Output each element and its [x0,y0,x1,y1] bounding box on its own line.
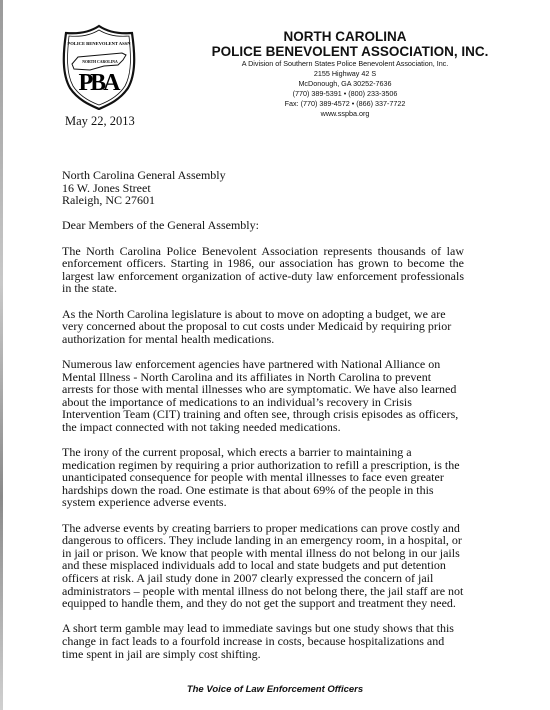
paragraph: Numerous law enforcement agencies have p… [62,358,464,434]
footer-tagline: The Voice of Law Enforcement Officers [0,684,550,695]
paragraph: The adverse events by creating barriers … [62,522,464,610]
recipient-city: Raleigh, NC 27601 [62,194,464,207]
scan-edge [0,0,3,710]
letter-body: North Carolina General Assembly 16 W. Jo… [62,169,464,673]
logo-state-text: NORTH CAROLINA [82,60,118,64]
paragraph: The irony of the current proposal, which… [62,446,464,509]
recipient-name: North Carolina General Assembly [62,169,464,182]
paragraph: A short term gamble may lead to immediat… [62,622,464,660]
letter-page: POLICE BENEVOLENT ASSN NORTH CAROLINA PB… [0,0,550,710]
letter-date: May 22, 2013 [65,114,135,129]
org-street: 2155 Highway 42 S [195,69,495,79]
org-city: McDonough, GA 30252-7636 [195,79,495,89]
letterhead: NORTH CAROLINA POLICE BENEVOLENT ASSOCIA… [195,30,495,119]
org-title-line2: POLICE BENEVOLENT ASSOCIATION, INC. [165,44,535,59]
org-website: www.sspba.org [195,109,495,119]
salutation: Dear Members of the General Assembly: [62,219,464,232]
org-phone: (770) 389-5391 • (800) 233-3506 [195,89,495,99]
logo-top-text: POLICE BENEVOLENT ASSN [67,41,131,46]
pba-badge-logo: POLICE BENEVOLENT ASSN NORTH CAROLINA PB… [60,24,138,110]
recipient-address: North Carolina General Assembly 16 W. Jo… [62,169,464,207]
logo-initials: PBA [79,70,122,96]
paragraph: As the North Carolina legislature is abo… [62,308,464,346]
paragraph: The North Carolina Police Benevolent Ass… [62,245,464,295]
org-fax: Fax: (770) 389-4572 • (866) 337-7722 [195,99,495,109]
org-title-line1: NORTH CAROLINA [195,30,495,44]
org-division: A Division of Southern States Police Ben… [195,59,495,69]
